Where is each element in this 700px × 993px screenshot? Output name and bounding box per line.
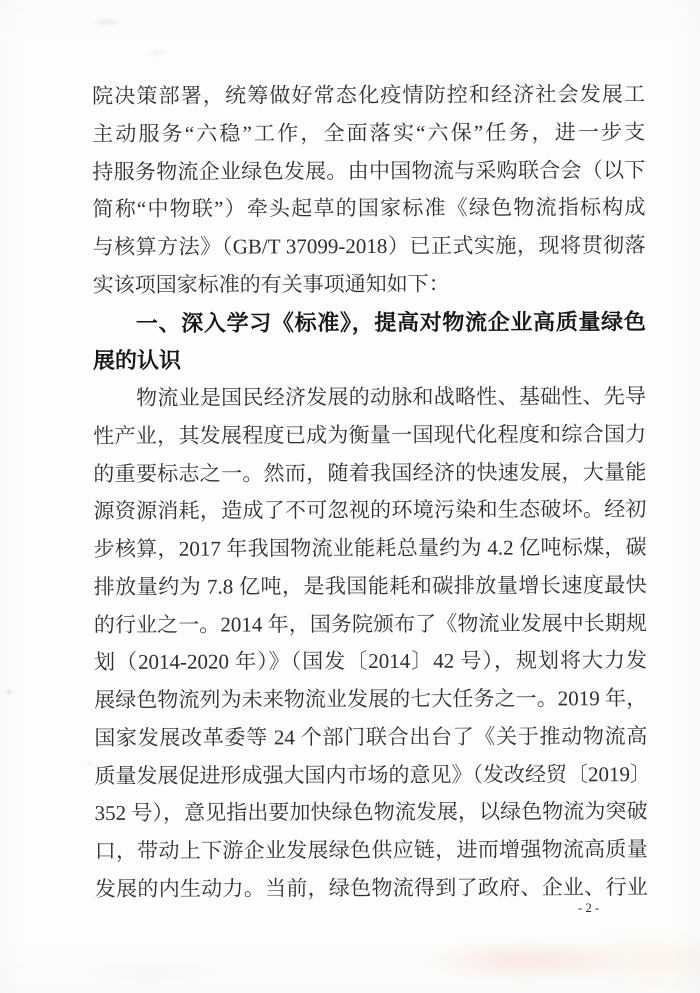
text-line: 步核算，2017 年我国物流业能耗总量约为 4.2 亿吨标煤，碳 — [94, 529, 647, 569]
scan-smudge — [146, 48, 170, 58]
text-line: 实该项国家标准的有关事项通知如下： — [93, 265, 646, 305]
scan-speck — [86, 760, 94, 767]
scan-smudge — [60, 958, 240, 988]
text-block: 院决策部署，统筹做好常态化疫情防控和经济社会发展工作，主动服务“六稳”工作，全面… — [92, 76, 648, 908]
document-page: 院决策部署，统筹做好常态化疫情防控和经济社会发展工作，主动服务“六稳”工作，全面… — [0, 0, 700, 993]
text-line: 简称“中物联”）牵头起草的国家标准《绿色物流指标构成 — [92, 189, 645, 229]
text-line: 质量发展促进形成强大国内市场的意见》（发改经贸〔2019〕 — [94, 756, 647, 796]
text-line: 主动服务“六稳”工作，全面落实“六保”任务，进一步支 — [92, 114, 645, 154]
text-line: 的重要标志之一。然而，随着我国经济的快速发展，大量能 — [93, 454, 646, 494]
page-number: -2- — [578, 900, 602, 916]
text-line: 与核算方法》（GB/T 37099-2018）已正式实施，现将贯彻落 — [93, 227, 646, 267]
scan-smudge — [420, 938, 630, 982]
scan-smudge — [540, 930, 700, 990]
scan-speck — [4, 688, 14, 696]
text-line: 持服务物流企业绿色发展。由中国物流与采购联合会（以下 — [92, 152, 645, 192]
heading-line: 一、深入学习《标准》，提高对物流企业高质量绿色发 — [93, 303, 646, 343]
text-line: 院决策部署，统筹做好常态化疫情防控和经济社会发展工作， — [92, 76, 645, 116]
heading-line: 展的认识 — [93, 340, 646, 380]
text-line: 物流业是国民经济发展的动脉和战略性、基础性、先导 — [93, 378, 646, 418]
text-line: 口，带动上下游企业发展绿色供应链，进而增强物流高质量 — [95, 831, 648, 871]
text-line: 352 号），意见指出要加快绿色物流发展，以绿色物流为突破 — [95, 793, 648, 833]
text-line: 性产业，其发展程度已成为衡量一国现代化程度和综合国力 — [93, 416, 646, 456]
text-line: 划（2014-2020 年）》（国发〔2014〕42 号），规划将大力发 — [94, 642, 647, 682]
text-line: 展绿色物流列为未来物流业发展的七大任务之一。2019 年， — [94, 680, 647, 720]
text-line: 的行业之一。2014 年，国务院颁布了《物流业发展中长期规 — [94, 605, 647, 645]
text-line: 源资源消耗，造成了不可忽视的环境污染和生态破坏。经初 — [93, 491, 646, 531]
scan-smudge — [90, 16, 124, 28]
text-line: 排放量约为 7.8 亿吨，是我国能耗和碳排放量增长速度最快 — [94, 567, 647, 607]
text-line: 国家发展改革委等 24 个部门联合出台了《关于推动物流高 — [94, 718, 647, 758]
text-line: 发展的内生动力。当前，绿色物流得到了政府、企业、行业 — [95, 869, 648, 909]
